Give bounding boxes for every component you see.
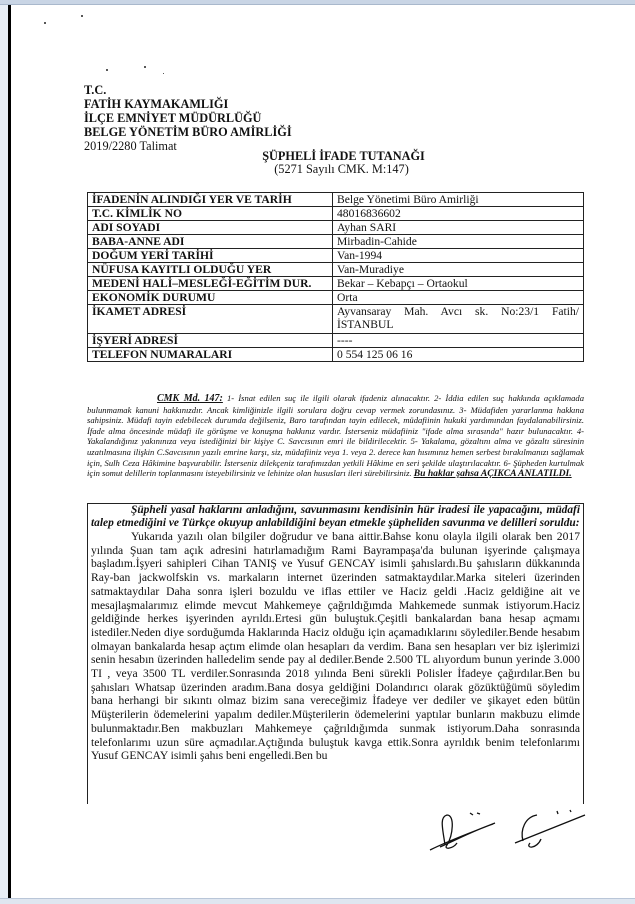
info-row: TELEFON NUMARALARI0 554 125 06 16 (88, 348, 584, 362)
scan-speck (44, 22, 46, 24)
info-label: BABA-ANNE ADI (88, 235, 333, 249)
info-label: İŞYERİ ADRESİ (88, 334, 333, 348)
info-label: TELEFON NUMARALARI (88, 348, 333, 362)
scan-speck (106, 69, 108, 71)
info-value: ---- (333, 334, 584, 348)
info-row: İKAMET ADRESİAyvansaray Mah. Avcı sk. No… (88, 305, 584, 334)
info-value: Mirbadin-Cahide (333, 235, 584, 249)
document-header: T.C. FATİH KAYMAKAMLIĞI İLÇE EMNİYET MÜD… (84, 83, 292, 153)
info-value: 0 554 125 06 16 (333, 348, 584, 362)
info-value: Ayvansaray Mah. Avcı sk. No:23/1 Fatih/İ… (333, 305, 584, 334)
statement-body: Yukarıda yazılı olan bilgiler doğrudur v… (91, 530, 580, 763)
info-label: ADI SOYADI (88, 221, 333, 235)
header-kaymakamlik: FATİH KAYMAKAMLIĞI (84, 97, 292, 111)
info-row: EKONOMİK DURUMUOrta (88, 291, 584, 305)
info-value: Bekar – Kebapçı – Ortaokul (333, 277, 584, 291)
info-row: MEDENİ HALİ–MESLEĞİ-EĞİTİM DUR.Bekar – K… (88, 277, 584, 291)
info-label: EKONOMİK DURUMU (88, 291, 333, 305)
scan-speck (81, 15, 83, 17)
info-value: Ayhan SARI (333, 221, 584, 235)
info-row: İŞYERİ ADRESİ---- (88, 334, 584, 348)
info-label: MEDENİ HALİ–MESLEĞİ-EĞİTİM DUR. (88, 277, 333, 291)
rights-notice: CMK Md. 147: 1- İsnat edilen suç ile ilg… (87, 393, 584, 480)
info-value: Orta (333, 291, 584, 305)
rights-lead: CMK Md. 147: (157, 393, 223, 404)
header-emniyet: İLÇE EMNİYET MÜDÜRLÜĞÜ (84, 111, 292, 125)
info-label: DOĞUM YERİ TARİHİ (88, 249, 333, 263)
info-row: ADI SOYADIAyhan SARI (88, 221, 584, 235)
header-buro: BELGE YÖNETİM BÜRO AMİRLİĞİ (84, 125, 292, 139)
info-value: Van-1994 (333, 249, 584, 263)
rights-final: Bu haklar şahsa AÇIKCA ANLATILDI. (414, 468, 572, 479)
scan-speck (163, 73, 164, 74)
title-sub: (5271 Sayılı CMK. M:147) (56, 163, 627, 176)
scan-speck (144, 66, 146, 68)
info-value: Van-Muradiye (333, 263, 584, 277)
info-label: NÜFUSA KAYITLI OLDUĞU YER (88, 263, 333, 277)
suspect-info-table: İFADENİN ALINDIĞI YER VE TARİHBelge Yöne… (87, 192, 584, 362)
info-value: Belge Yönetimi Büro Amirliği (333, 193, 584, 207)
info-row: DOĞUM YERİ TARİHİVan-1994 (88, 249, 584, 263)
statement-question: Şüpheli yasal haklarını anladığını, savu… (91, 504, 580, 530)
info-row: İFADENİN ALINDIĞI YER VE TARİHBelge Yöne… (88, 193, 584, 207)
info-label: T.C. KİMLİK NO (88, 207, 333, 221)
info-row: BABA-ANNE ADIMirbadin-Cahide (88, 235, 584, 249)
statement-box: Şüpheli yasal haklarını anladığını, savu… (87, 503, 584, 804)
viewer-bottom-bar (0, 898, 635, 904)
info-row: T.C. KİMLİK NO48016836602 (88, 207, 584, 221)
info-value: 48016836602 (333, 207, 584, 221)
info-row: NÜFUSA KAYITLI OLDUĞU YERVan-Muradiye (88, 263, 584, 277)
info-label: İFADENİN ALINDIĞI YER VE TARİH (88, 193, 333, 207)
rights-text: 1- İsnat edilen suç ile ilgili olarak if… (87, 393, 584, 478)
info-label: İKAMET ADRESİ (88, 305, 333, 334)
signatures-icon (425, 805, 595, 865)
document-title: ŞÜPHELİ İFADE TUTANAĞI (5271 Sayılı CMK.… (0, 150, 627, 176)
header-tc: T.C. (84, 83, 292, 97)
